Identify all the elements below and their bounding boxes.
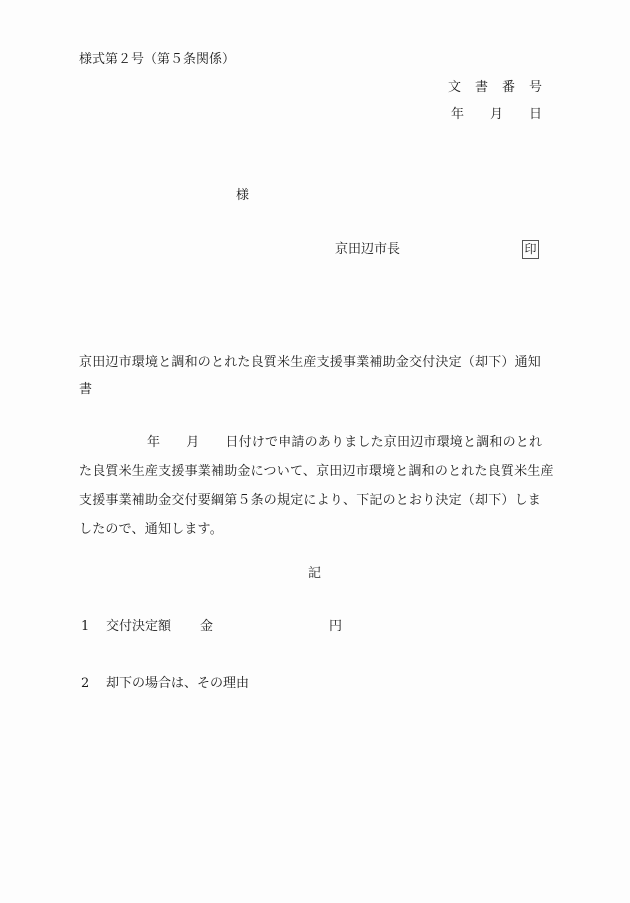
date-month: 月 <box>490 107 503 122</box>
item-label: 却下の場合は、その理由 <box>106 676 249 691</box>
document-title: 京田辺市環境と調和のとれた良質米生産支援事業補助金交付決定（却下）通知書 <box>79 349 554 403</box>
amount-suffix: 円 <box>329 619 342 634</box>
body-year: 年 <box>147 435 160 450</box>
body-text: 日付けで申請のありました京田辺市環境と調和のとれた良質米生産支援事業補助金につい… <box>79 435 554 537</box>
body-paragraph: 年月日付けで申請のありました京田辺市環境と調和のとれた良質米生産支援事業補助金に… <box>79 428 554 544</box>
ki-heading: 記 <box>308 566 321 582</box>
document-number-label: 文書番号 <box>448 80 542 96</box>
seal-stamp: 印 <box>522 240 539 259</box>
doc-number-char: 文 <box>448 80 461 96</box>
item-number: 1 <box>81 619 106 635</box>
document-page: 様式第２号（第５条関係） 文書番号 年月日 様 京田辺市長 印 京田辺市環境と調… <box>0 0 630 903</box>
doc-number-char: 書 <box>475 80 488 96</box>
item-rejection-reason: 2却下の場合は、その理由 <box>81 676 249 692</box>
amount-prefix: 金 <box>200 619 213 634</box>
date-day: 日 <box>529 107 542 122</box>
item-label: 交付決定額 <box>106 619 171 634</box>
body-month: 月 <box>186 435 199 450</box>
sender-name: 京田辺市長 <box>335 242 400 258</box>
item-grant-amount: 1交付決定額金円 <box>81 619 342 635</box>
document-date: 年月日 <box>451 107 542 123</box>
date-year: 年 <box>451 107 464 122</box>
form-number: 様式第２号（第５条関係） <box>79 52 235 68</box>
doc-number-char: 号 <box>529 80 542 96</box>
doc-number-char: 番 <box>502 80 515 96</box>
recipient-suffix: 様 <box>236 188 249 204</box>
item-number: 2 <box>81 676 106 692</box>
